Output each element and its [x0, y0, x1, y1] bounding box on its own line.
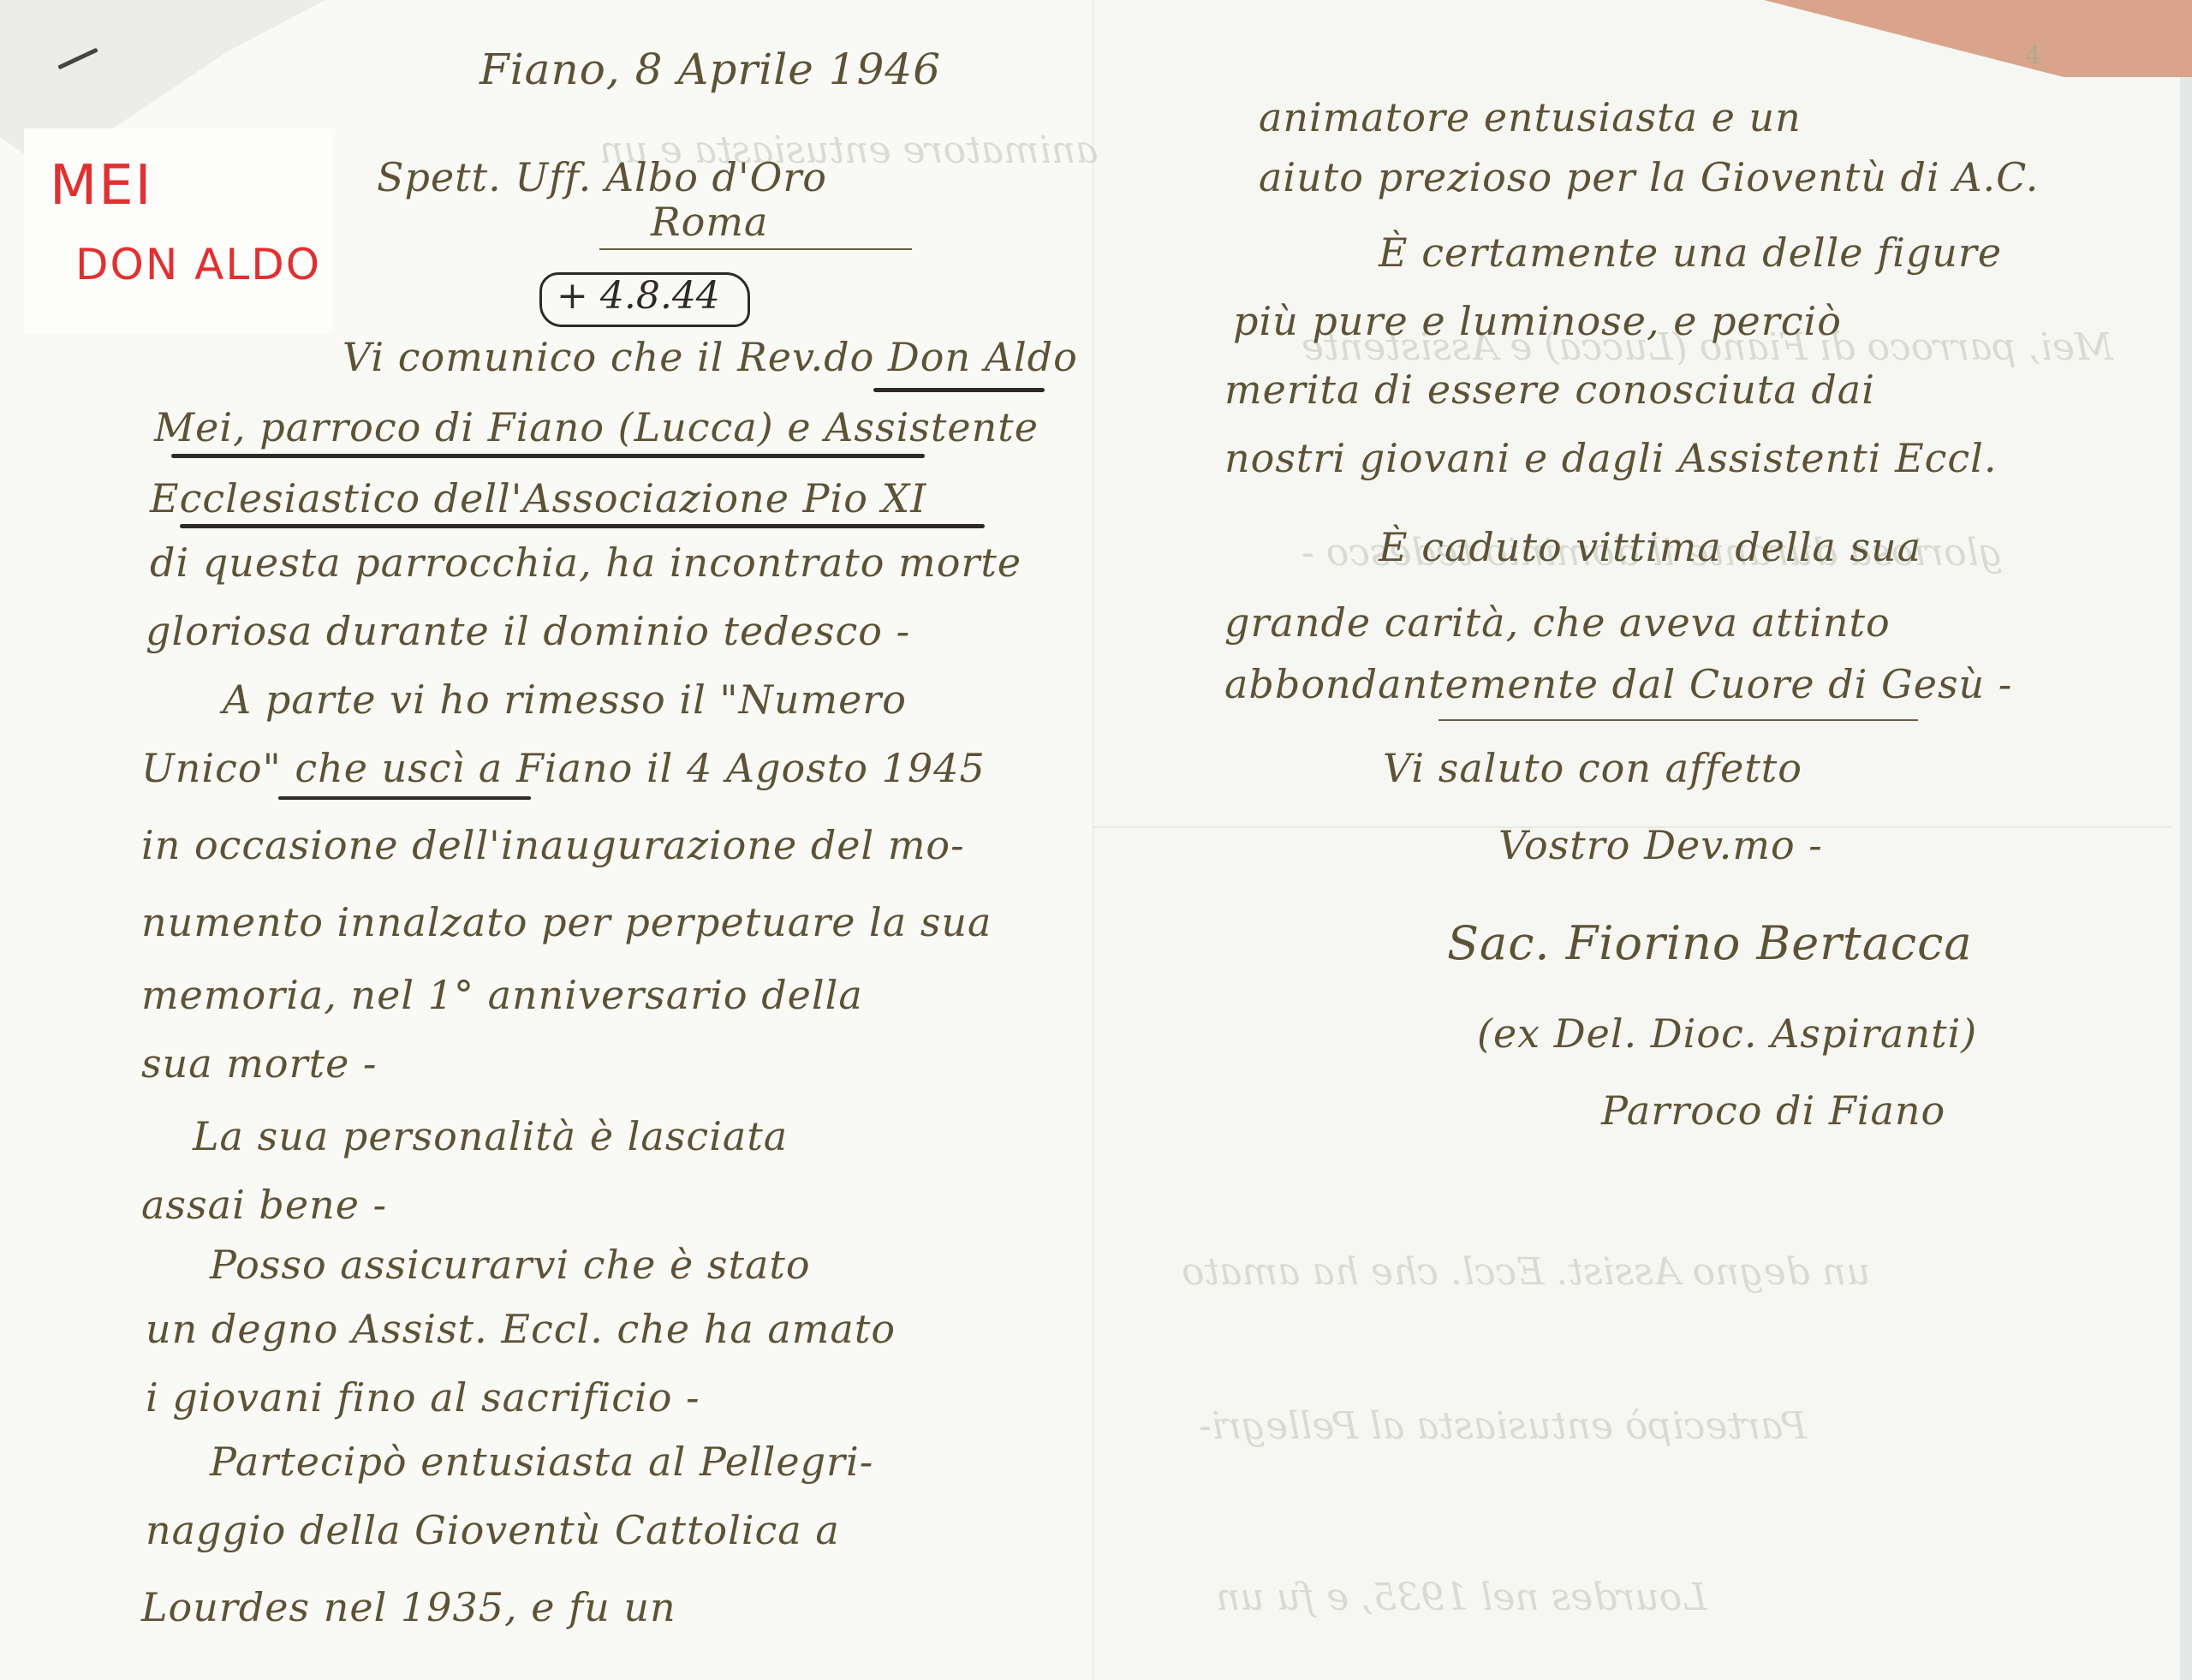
letter-line: i giovani fino al sacrificio -	[146, 1374, 700, 1421]
page-edge	[2180, 77, 2192, 1680]
letter-line: A parte vi ho rimesso il "Numero	[223, 676, 907, 723]
ink-underline	[180, 524, 985, 528]
letter-line: assai bene -	[141, 1182, 387, 1228]
salutation: Vi saluto con affetto	[1383, 745, 1802, 791]
letter-line: sua morte -	[141, 1040, 377, 1087]
recipient-line-2: Roma	[651, 199, 768, 245]
letter-line: memoria, nel 1° anniversario della	[141, 972, 863, 1018]
ink-underline	[278, 796, 531, 800]
ink-underline	[873, 388, 1045, 392]
name-label-card: MEI DON ALDO	[24, 128, 332, 334]
letter-line: Vi comunico che il Rev.do Don Aldo	[342, 334, 1078, 380]
letter-line: numento innalzato per perpetuare la sua	[141, 899, 992, 945]
letter-line: Posso assicurarvi che è stato	[210, 1242, 811, 1288]
signature: Sac. Fiorino Bertacca	[1447, 916, 1973, 970]
letter-line: aiuto prezioso per la Gioventù di A.C.	[1259, 154, 2039, 200]
signature-title: Parroco di Fiano	[1601, 1087, 1945, 1134]
letter-line: nostri giovani e dagli Assistenti Eccl.	[1224, 435, 1998, 481]
letter-line: La sua personalità è lasciata	[193, 1113, 788, 1159]
bleed-through: Lourdes nel 1935, e fu un	[1216, 1576, 1707, 1619]
label-surname: MEI	[50, 154, 153, 217]
letter-line: gloriosa durante il dominio tedesco -	[146, 608, 910, 654]
letter-line: Ecclesiastico dell'Associazione Pio XI	[150, 475, 926, 521]
letter-line: abbondantemente dal Cuore di Gesù -	[1224, 661, 2012, 707]
recipient-line-1: Spett. Uff. Albo d'Oro	[377, 154, 827, 200]
letter-line: Lourdes nel 1935, e fu un	[141, 1584, 676, 1630]
ink-underline	[171, 454, 925, 458]
letter-line: di questa parrocchia, ha incontrato mort…	[150, 539, 1022, 586]
letter-line: un degno Assist. Eccl. che ha amato	[146, 1306, 896, 1352]
label-name: DON ALDO	[75, 240, 321, 289]
death-date-annotation: + 4.8.44	[557, 274, 720, 318]
letter-line: È certamente una delle figure	[1379, 229, 2002, 276]
page-number: 4	[2025, 41, 2041, 71]
valediction: Vostro Dev.mo -	[1498, 822, 1823, 868]
letter-line: Mei, parroco di Fiano (Lucca) e Assisten…	[154, 404, 1039, 450]
letter-line: merita di essere conosciuta dai	[1224, 366, 1875, 413]
letter-line: grande carità, che aveva attinto	[1224, 599, 1891, 646]
bleed-through: Partecipò entusiasta al Pellegri-	[1199, 1404, 1807, 1448]
closing-rule	[1438, 719, 1918, 721]
place-date: Fiano, 8 Aprile 1946	[479, 45, 941, 94]
letter-line: più pure e luminose, e perciò	[1233, 298, 1842, 344]
letter-line: in occasione dell'inaugurazione del mo-	[141, 822, 965, 868]
signature-role: (ex Del. Dioc. Aspiranti)	[1477, 1010, 1977, 1057]
letter-line: Unico" che uscì a Fiano il 4 Agosto 1945	[141, 745, 986, 791]
letter-line: È caduto vittima della sua	[1379, 524, 1921, 570]
letter-line: animatore entusiasta e un	[1259, 94, 1802, 140]
letter-line: Partecipò entusiasta al Pellegri-	[210, 1439, 873, 1485]
header-rule	[599, 248, 912, 250]
bleed-through: un degno Assist. Eccl. che ha amato	[1182, 1250, 1870, 1294]
letter-line: naggio della Gioventù Cattolica a	[146, 1507, 840, 1553]
